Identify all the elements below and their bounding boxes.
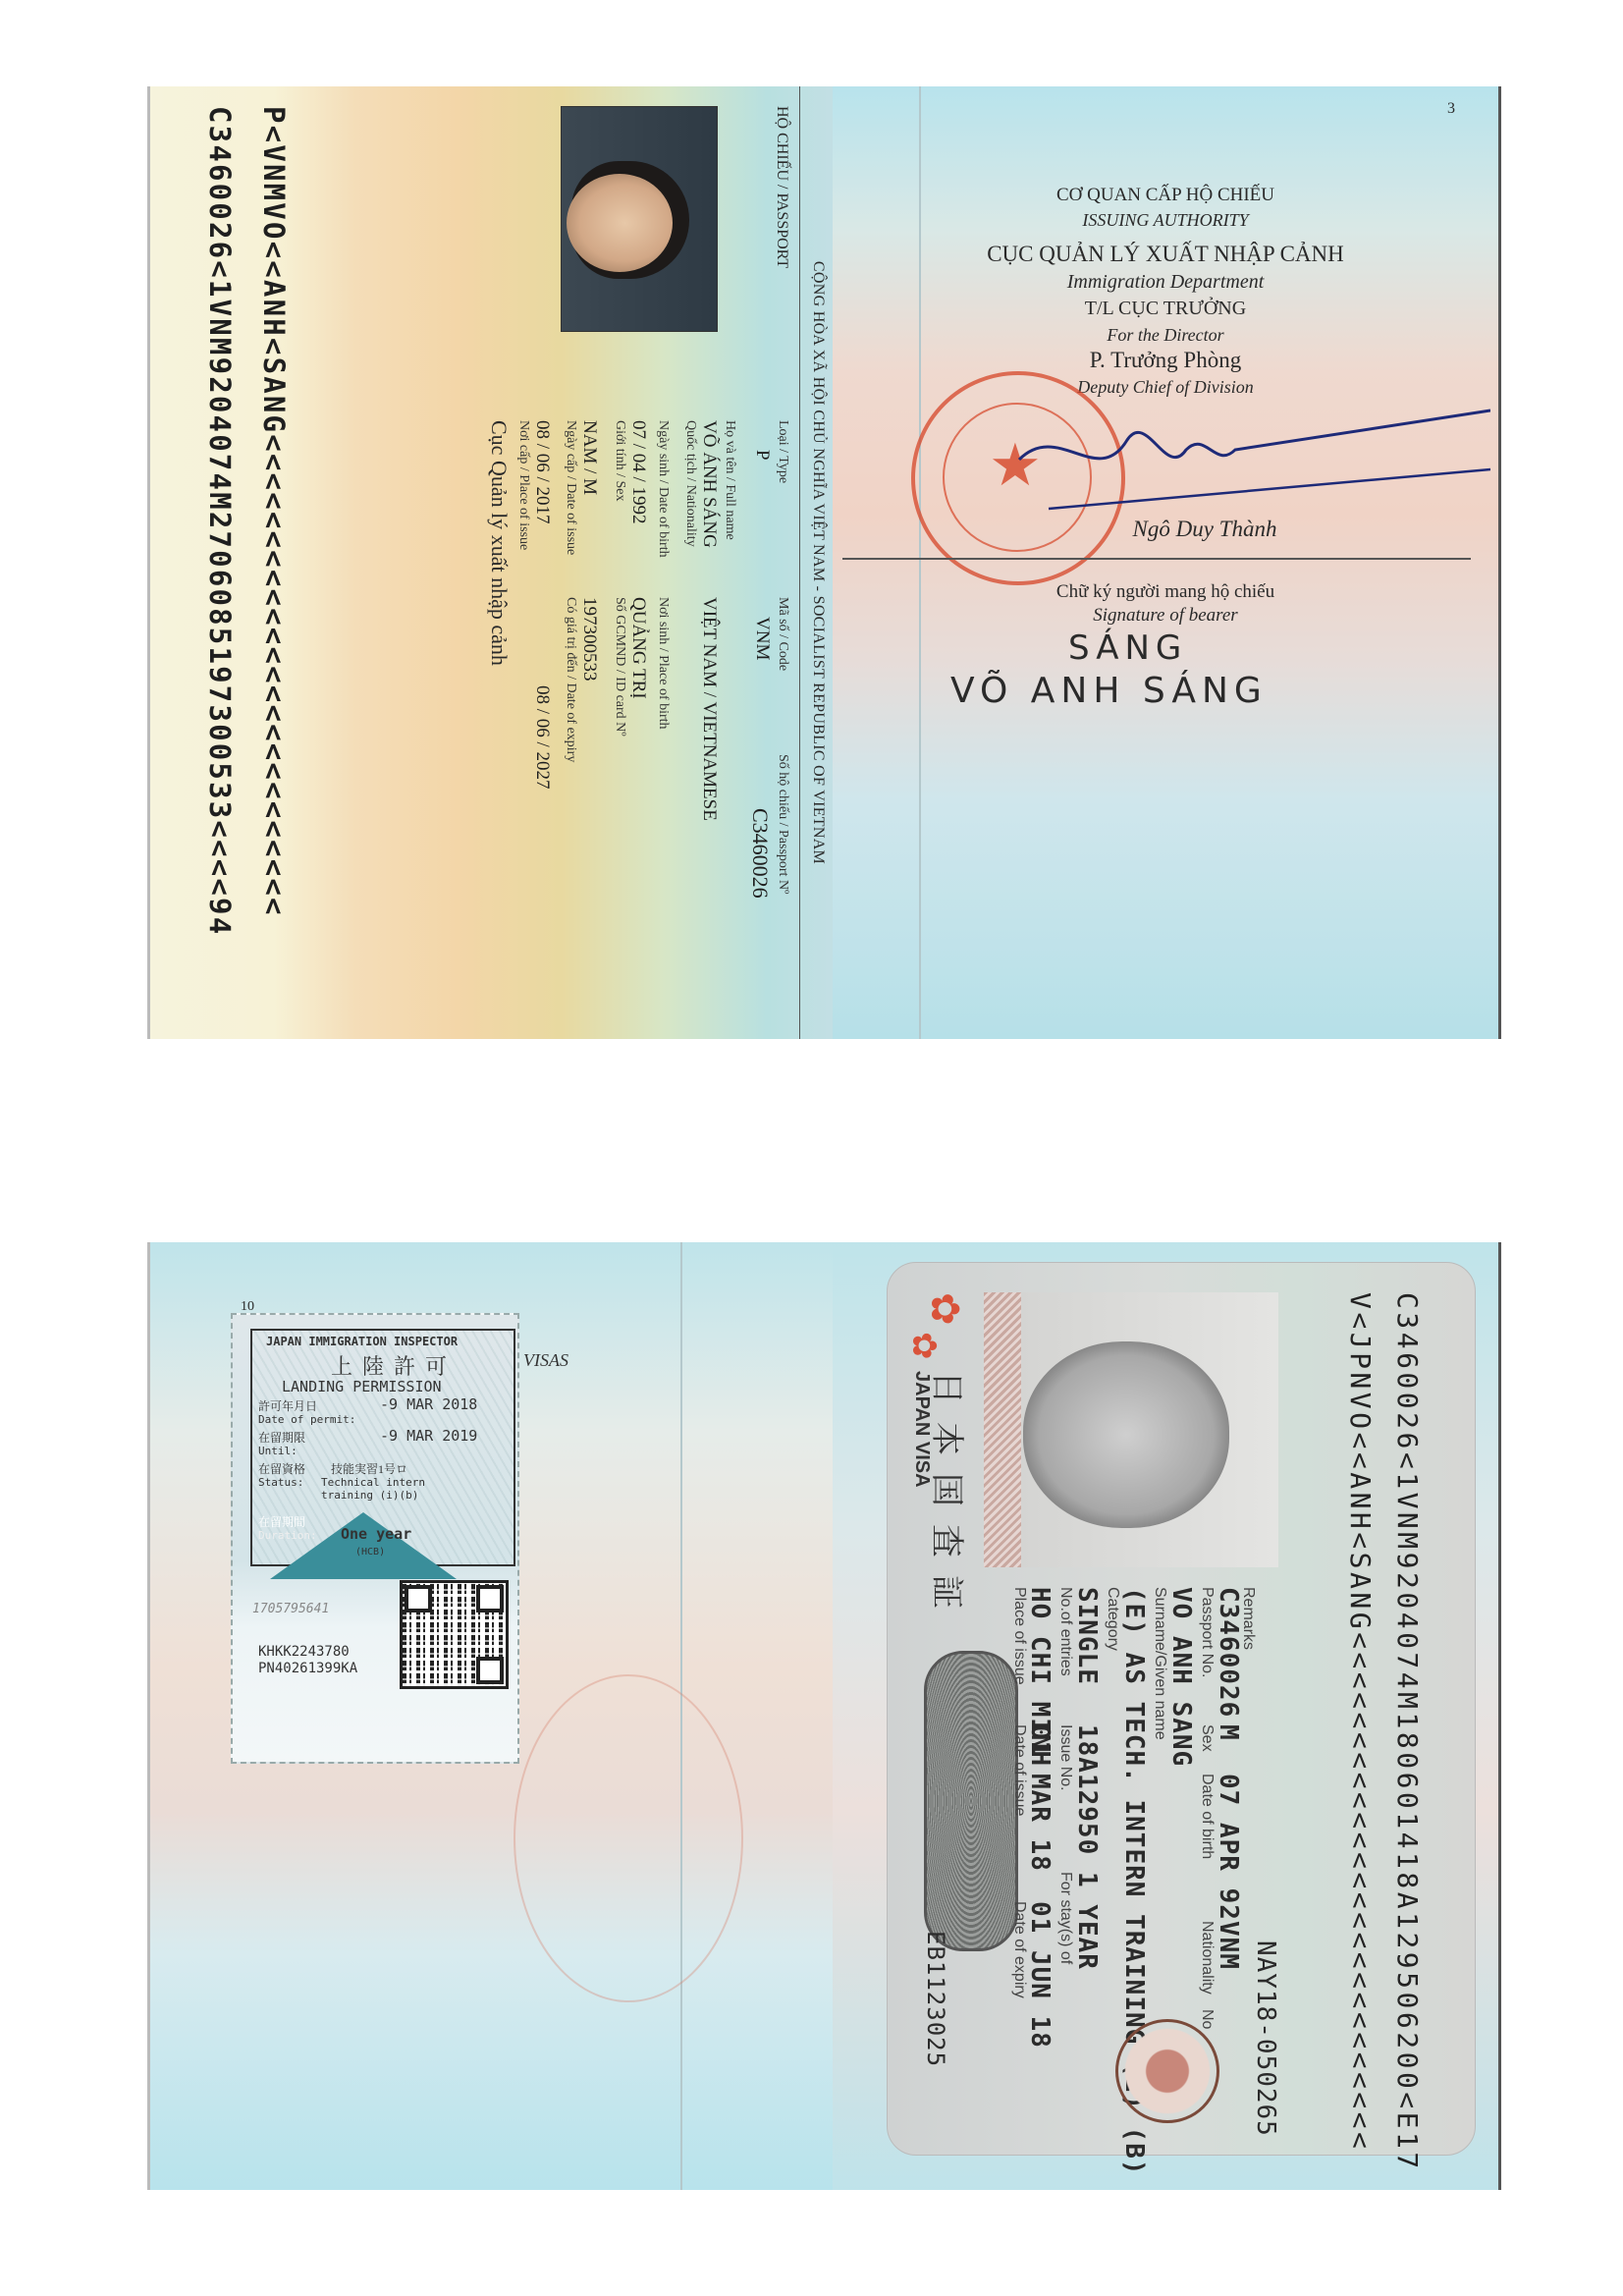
status-label-jp: 在留資格 <box>258 1460 305 1477</box>
pob-value: QUẢNG TRỊ <box>627 597 649 699</box>
visa-page-left: 10 VISAS JAPAN IMMIGRATION INSPECTOR 上陸許… <box>147 1242 836 2190</box>
until-value: -9 MAR 2019 <box>380 1427 477 1445</box>
qr-finder <box>476 1657 504 1684</box>
visa-number: EB1123025 <box>922 1931 949 2067</box>
bearer-photo <box>561 106 718 332</box>
sticker-code-2: PN40261399KA <box>258 1661 357 1676</box>
full-name-label: Họ và tên / Full name <box>722 420 737 540</box>
duration-label-en: Duration: <box>258 1529 317 1542</box>
sex-label: Giới tính / Sex <box>612 420 627 501</box>
title-en: Deputy Chief of Division <box>833 377 1498 398</box>
department-en: Immigration Department <box>833 271 1498 294</box>
type-label: Loại / Type <box>775 420 790 483</box>
passport-no-label: Số hộ chiếu / Passport Nº <box>775 754 790 894</box>
visa-mrz-line-1: V<JPNVO<<ANH<SANG<<<<<<<<<<<<<<<<<<<<<<<… <box>1344 1292 1377 2152</box>
expiry-label: Có giá trị đến / Date of expiry <box>563 597 578 762</box>
name-value: VO ANH SANG <box>1166 1587 1196 1767</box>
visa-guilloche-emblem <box>924 1651 1018 1951</box>
remarks-label: Remarks <box>1239 1587 1257 1650</box>
bearer-signature-vn: Chữ ký người mang hộ chiếu <box>833 581 1498 603</box>
code-label: Mã số / Code <box>775 597 790 671</box>
place-issue-label: Nơi cấp / Place of issue <box>515 420 531 550</box>
status-value-jp: 技能実習1号ロ <box>331 1460 407 1477</box>
issue-no-value: 18A12950 <box>1072 1724 1102 1855</box>
for-director-en: For the Director <box>833 325 1498 346</box>
qr-finder <box>405 1585 432 1613</box>
id-label: Số GCMND / ID card Nº <box>612 597 627 737</box>
full-name-value: VÕ ÁNH SÁNG <box>698 420 720 548</box>
status-value-en: Technical intern training (i)(b) <box>321 1476 468 1502</box>
sakura-icon: ✿ <box>925 1292 964 1326</box>
nationality-label: Quốc tịch / Nationality <box>682 420 698 547</box>
entries-value: SINGLE <box>1072 1587 1102 1685</box>
officer-signature <box>980 401 1490 519</box>
officer-name: Ngô Duy Thành <box>872 517 1501 542</box>
mrz-line-1: P<VNMVO<<ANH<SANG<<<<<<<<<<<<<<<<<<<<<<<… <box>257 106 291 917</box>
japan-visa-sticker: ✿ ✿ JAPAN VISA 日本国査証 EB1123025 Place of … <box>887 1262 1476 2156</box>
title-vn: P. Trưởng Phòng <box>833 348 1498 373</box>
id-value: 197300533 <box>578 597 600 682</box>
issuing-authority-vn: CƠ QUAN CẤP HỘ CHIẾU <box>833 185 1498 206</box>
permit-value: -9 MAR 2018 <box>380 1395 477 1413</box>
date-of-issue-value: 01 MAR 18 <box>1025 1724 1055 1872</box>
sex-value: NAM / M <box>578 420 600 495</box>
bearer-signature-line-2: VÕ ANH SÁNG <box>950 671 1268 711</box>
office-code: (HCB) <box>355 1547 385 1558</box>
section-divider <box>842 558 1471 560</box>
permit-label-jp: 許可年月日 <box>258 1397 317 1414</box>
sex-value: M <box>1214 1724 1243 1741</box>
photo-face <box>567 174 673 272</box>
inspector-header: JAPAN IMMIGRATION INSPECTOR <box>266 1335 458 1348</box>
landing-permission-sticker: JAPAN IMMIGRATION INSPECTOR 上陸許可 LANDING… <box>231 1313 519 1764</box>
visa-content: ✿ ✿ JAPAN VISA 日本国査証 EB1123025 Place of … <box>888 1263 1475 2155</box>
visa-photo <box>984 1292 1278 1567</box>
ministry-seal <box>1115 2019 1219 2123</box>
place-issue-value: Cục Quản lý xuất nhập cảnh <box>486 420 512 666</box>
issuing-authority-en: ISSUING AUTHORITY <box>833 210 1498 231</box>
landing-permission-stamp: JAPAN IMMIGRATION INSPECTOR 上陸許可 LANDING… <box>250 1329 515 1566</box>
page-number: 3 <box>1447 100 1455 118</box>
for-director-vn: T/L CỤC TRƯỞNG <box>833 298 1498 320</box>
passport-no-value: C3460026 <box>747 808 773 899</box>
expiry-value: 08 / 06 / 2027 <box>531 685 553 790</box>
landing-title-jp: 上陸許可 <box>331 1350 457 1381</box>
nationality-value: VIỆT NAM / VIETNAMESE <box>698 597 720 821</box>
permit-label-en: Date of permit: <box>258 1413 355 1426</box>
code-value: VNM <box>751 617 773 660</box>
department-vn: CỤC QUẢN LÝ XUẤT NHẬP CẢNH <box>833 242 1498 267</box>
nationality-value: VNM <box>1214 1921 1243 1970</box>
vietnam-emblem-watermark <box>514 1674 743 2002</box>
country-header: CỘNG HÒA XÃ HỘI CHỦ NGHĨA VIỆT NAM - SOC… <box>799 86 836 1039</box>
no-value: NAY18-050265 <box>1251 1941 1280 2137</box>
visas-label: VISAS <box>523 1350 568 1371</box>
issue-date-label: Ngày cấp / Date of issue <box>563 420 578 555</box>
dob-label: Ngày sinh / Date of birth <box>655 420 671 558</box>
issue-date-value: 08 / 06 / 2017 <box>531 420 553 524</box>
data-page-content: CỘNG HÒA XÃ HỘI CHỦ NGHĨA VIỆT NAM - SOC… <box>150 86 836 1039</box>
mrz-line-2: C3460026<1VNM9204074M2706085197300533<<<… <box>203 106 237 936</box>
stay-value: 1 YEAR <box>1072 1872 1102 1970</box>
qr-finder <box>476 1585 504 1613</box>
sakura-icon: ✿ <box>906 1332 940 1360</box>
visa-photo-band <box>984 1292 1021 1567</box>
bearer-signature-line-1: SÁNG <box>1068 629 1187 668</box>
dob-value: 07 / 04 / 1992 <box>627 420 649 524</box>
status-label-en: Status: <box>258 1476 303 1489</box>
sticker-code-1: KHKK2243780 <box>258 1644 350 1660</box>
duration-label-jp: 在留期間 <box>258 1513 305 1530</box>
issuing-authority-page: 3 CƠ QUAN CẤP HỘ CHIẾU ISSUING AUTHORITY… <box>833 86 1501 1039</box>
until-label-jp: 在留期限 <box>258 1429 305 1446</box>
dob-value: 07 APR 92 <box>1214 1774 1243 1921</box>
document-title: HỘ CHIẾU / PASSPORT <box>773 106 790 268</box>
visa-page-right: ✿ ✿ JAPAN VISA 日本国査証 EB1123025 Place of … <box>833 1242 1501 2190</box>
date-of-expiry-value: 01 JUN 18 <box>1025 1901 1055 2049</box>
duration-value: One year <box>341 1525 411 1543</box>
visa-photo-face <box>1023 1341 1229 1528</box>
pob-label: Nơi sinh / Place of birth <box>655 597 671 730</box>
visa-title-jp: 日本国査証 <box>926 1371 974 1626</box>
visa-mrz-line-2: C3460026<1VNM9204074M180601418A129506200… <box>1391 1292 1424 2172</box>
bearer-signature-en: Signature of bearer <box>833 605 1498 627</box>
type-value: P <box>751 450 773 461</box>
qr-code <box>400 1580 509 1689</box>
landing-title-en: LANDING PERMISSION <box>282 1378 442 1395</box>
no-label: No <box>1198 2009 1216 2029</box>
sticker-serial: 1705795641 <box>252 1602 329 1616</box>
until-label-en: Until: <box>258 1445 298 1457</box>
passport-data-page: CỘNG HÒA XÃ HỘI CHỦ NGHĨA VIỆT NAM - SOC… <box>147 86 836 1039</box>
